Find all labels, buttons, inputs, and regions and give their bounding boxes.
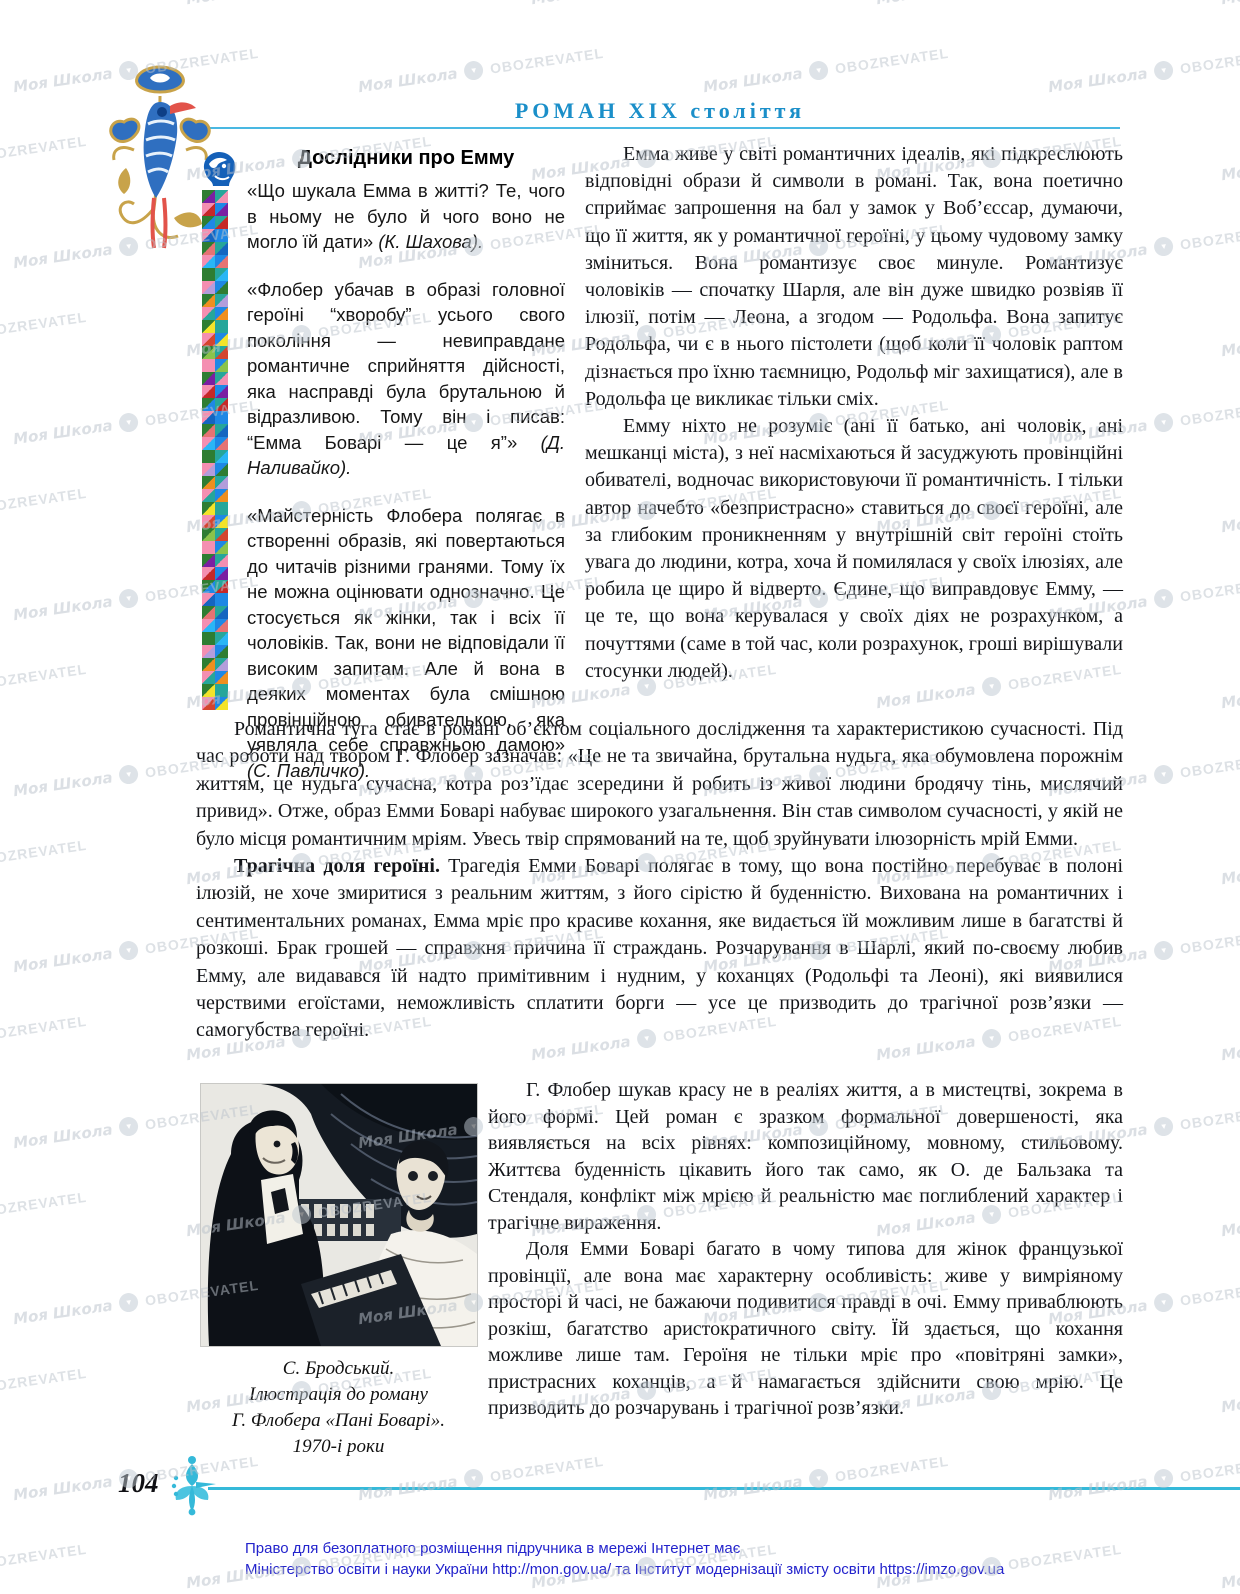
- mon-gov-link[interactable]: http://mon.gov.ua/: [492, 1561, 611, 1578]
- paragraph: Трагічна доля героїні. Трагедія Емми Бов…: [196, 853, 1123, 1045]
- mosaic-cell: [202, 281, 215, 294]
- mosaic-cell: [202, 502, 215, 515]
- mosaic-cell: [215, 268, 228, 281]
- mosaic-cell: [215, 632, 228, 645]
- mosaic-cell: [202, 567, 215, 580]
- mosaic-cell: [215, 437, 228, 450]
- mosaic-cell: [202, 372, 215, 385]
- mosaic-cell: [202, 489, 215, 502]
- mosaic-cell: [202, 645, 215, 658]
- mosaic-cell: [215, 476, 228, 489]
- mosaic-cell: [202, 255, 215, 268]
- mosaic-cell: [215, 450, 228, 463]
- mosaic-cell: [202, 242, 215, 255]
- caption-line: С. Бродський.: [186, 1356, 491, 1382]
- mosaic-cell: [202, 437, 215, 450]
- illustration-caption: С. Бродський. Ілюстрація до роману Г. Фл…: [186, 1356, 491, 1460]
- mosaic-cell: [215, 281, 228, 294]
- mosaic-cell: [215, 567, 228, 580]
- quote-text: «Флобер убачав в образі головної героїні…: [247, 279, 565, 453]
- mosaic-cell: [215, 372, 228, 385]
- mosaic-cell: [215, 541, 228, 554]
- mosaic-cell: [202, 346, 215, 359]
- mosaic-cell: [202, 385, 215, 398]
- mosaic-cell: [215, 619, 228, 632]
- mosaic-cell: [215, 333, 228, 346]
- mosaic-cell: [202, 320, 215, 333]
- mosaic-cell: [202, 606, 215, 619]
- footer-flourish-icon: [168, 1452, 216, 1516]
- mosaic-cell: [215, 359, 228, 372]
- textbook-page: РОМАН XIX століття: [0, 0, 1240, 1594]
- quote-author: (К. Шахова).: [378, 231, 483, 252]
- mosaic-cell: [215, 528, 228, 541]
- mosaic-cell: [202, 216, 215, 229]
- mosaic-cell: [215, 255, 228, 268]
- footer-text-part: та Інститут модернізації змісту освіти: [611, 1561, 879, 1578]
- mosaic-cell: [202, 697, 215, 710]
- mosaic-cell: [215, 554, 228, 567]
- mosaic-strip: [202, 190, 228, 710]
- mosaic-cell: [202, 684, 215, 697]
- mosaic-cell: [202, 268, 215, 281]
- paragraph: Доля Емми Боварі багато в чому типова дл…: [488, 1236, 1123, 1422]
- sidebar-title: Дослідники про Емму: [247, 147, 565, 170]
- mosaic-cell: [215, 463, 228, 476]
- footer-license-line2: Міністерство освіти і науки України http…: [245, 1559, 1225, 1580]
- footer-license-line1: Право для безоплатного розміщення підруч…: [245, 1538, 1145, 1559]
- main-middle-block: Романтична туга стає в романі об’єктом с…: [196, 716, 1123, 1045]
- mosaic-cell: [215, 593, 228, 606]
- mosaic-cell: [215, 697, 228, 710]
- book-illustration: [200, 1083, 478, 1347]
- mosaic-cell: [215, 294, 228, 307]
- main-column-bottom-right: Г. Флобер шукав красу не в реаліях життя…: [488, 1077, 1123, 1422]
- caption-line: 1970-і роки: [186, 1434, 491, 1460]
- mosaic-cell: [202, 671, 215, 684]
- paragraph: Емма живе у світі романтичних ідеалів, я…: [585, 141, 1123, 413]
- mosaic-cell: [215, 424, 228, 437]
- mosaic-cell: [215, 411, 228, 424]
- mosaic-cell: [215, 242, 228, 255]
- mosaic-cell: [215, 645, 228, 658]
- mosaic-cell: [215, 684, 228, 697]
- mosaic-cell: [202, 359, 215, 372]
- decorative-bird-ornament-icon: [104, 58, 216, 258]
- mosaic-cell: [215, 216, 228, 229]
- mosaic-cell: [215, 320, 228, 333]
- footer-text-part: Міністерство освіти і науки України: [245, 1561, 492, 1578]
- mosaic-cell: [215, 398, 228, 411]
- mosaic-cell: [202, 580, 215, 593]
- paragraph: Романтична туга стає в романі об’єктом с…: [196, 716, 1123, 853]
- mosaic-cell: [215, 229, 228, 242]
- mosaic-cell: [202, 632, 215, 645]
- mosaic-cell: [215, 658, 228, 671]
- mosaic-cell: [202, 190, 215, 203]
- mosaic-cell: [202, 593, 215, 606]
- mosaic-cell: [215, 190, 228, 203]
- mosaic-cell: [202, 619, 215, 632]
- caption-line: Г. Флобера «Пані Боварі».: [186, 1408, 491, 1434]
- caption-line: Ілюстрація до роману: [186, 1382, 491, 1408]
- mosaic-cell: [202, 294, 215, 307]
- page-header-title: РОМАН XIX століття: [200, 98, 1120, 124]
- paragraph-text: Трагедія Емми Боварі полягає в тому, що …: [196, 855, 1123, 1041]
- mosaic-cell: [202, 476, 215, 489]
- mosaic-cell: [202, 541, 215, 554]
- mosaic-cell: [215, 489, 228, 502]
- mosaic-cell: [202, 528, 215, 541]
- mosaic-cell: [215, 502, 228, 515]
- mosaic-cell: [202, 450, 215, 463]
- mosaic-cell: [202, 333, 215, 346]
- mosaic-cell: [215, 671, 228, 684]
- mosaic-cell: [215, 346, 228, 359]
- sidebar-quote: «Флобер убачав в образі головної героїні…: [247, 277, 565, 481]
- bottom-rule: [208, 1487, 1240, 1490]
- mosaic-cell: [215, 307, 228, 320]
- paragraph: Г. Флобер шукав красу не в реаліях життя…: [488, 1077, 1123, 1236]
- mosaic-cell: [202, 203, 215, 216]
- mosaic-cell: [215, 203, 228, 216]
- mosaic-cell: [215, 606, 228, 619]
- mosaic-cell: [202, 554, 215, 567]
- mosaic-cell: [202, 398, 215, 411]
- mosaic-cell: [202, 307, 215, 320]
- mosaic-cell: [215, 385, 228, 398]
- mosaic-cell: [202, 424, 215, 437]
- sidebar-quote: «Що шукала Емма в житті? Те, чого в ньом…: [247, 178, 565, 255]
- mosaic-cell: [202, 411, 215, 424]
- mosaic-cell: [202, 229, 215, 242]
- mosaic-cell: [202, 658, 215, 671]
- mosaic-cell: [215, 515, 228, 528]
- lion-icon: [201, 150, 237, 190]
- mosaic-cell: [202, 515, 215, 528]
- header-rule: [200, 127, 1120, 129]
- paragraph: Емму ніхто не розуміє (ані її батько, ан…: [585, 413, 1123, 685]
- paragraph-lead: Трагічна доля героїні.: [234, 855, 440, 877]
- sidebar-quotes: «Що шукала Емма в житті? Те, чого в ньом…: [247, 178, 565, 805]
- mosaic-cell: [215, 580, 228, 593]
- main-column-top-right: Емма живе у світі романтичних ідеалів, я…: [585, 141, 1123, 685]
- imzo-gov-link[interactable]: https://imzo.gov.ua: [880, 1561, 1005, 1578]
- mosaic-cell: [202, 463, 215, 476]
